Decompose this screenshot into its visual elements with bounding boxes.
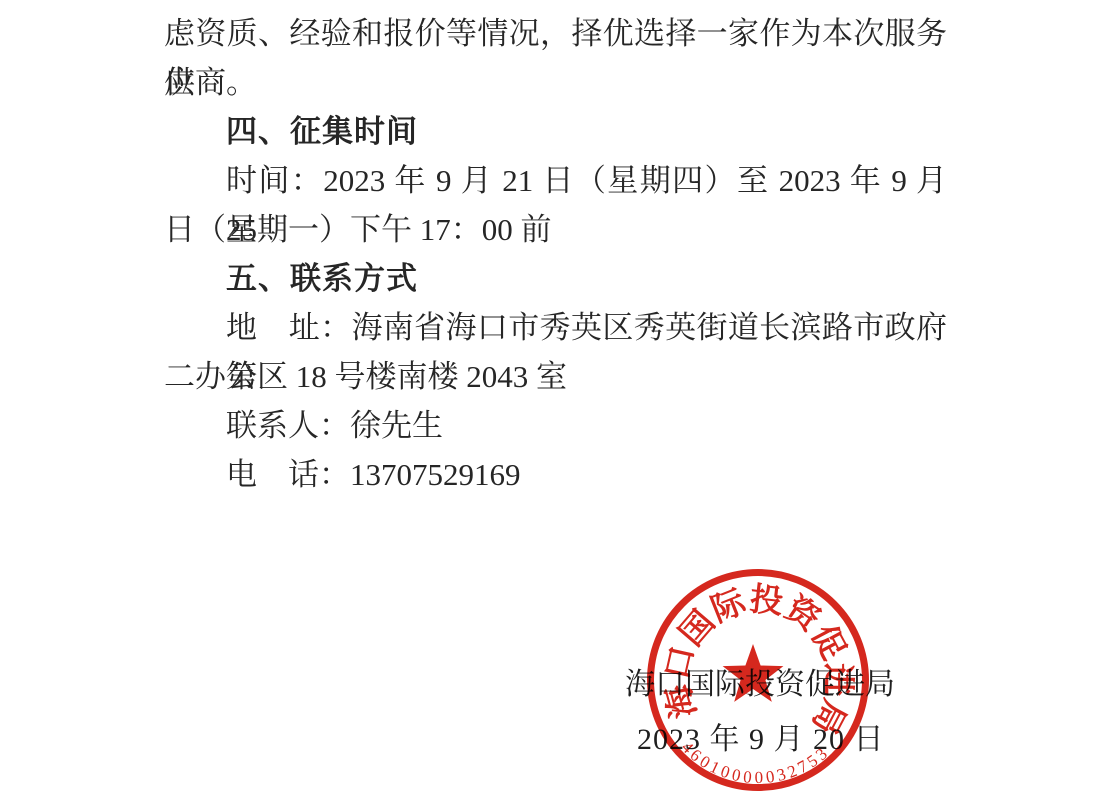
section-heading: 五、联系方式 [164, 254, 947, 303]
text-line: 日（星期一）下午 17：00 前 [164, 205, 947, 254]
text-line: 二办公区 18 号楼南楼 2043 室 [164, 352, 947, 401]
text-line: 应商。 [164, 58, 947, 107]
text-line: 时间：2023 年 9 月 21 日（星期四）至 2023 年 9 月 25 [164, 156, 947, 205]
signature-org: 海口国际投资促进局 [625, 670, 895, 700]
document-text: 虑资质、经验和报价等情况，择优选择一家作为本次服务供 应商。 四、征集时间 时间… [164, 9, 947, 499]
section-heading: 四、征集时间 [164, 107, 947, 156]
signature-date: 2023 年 9 月 20 日 [637, 725, 885, 755]
text-line: 联系人：徐先生 [164, 401, 947, 450]
text-line: 虑资质、经验和报价等情况，择优选择一家作为本次服务供 [164, 9, 947, 58]
stamp-arc-text: 海口国际投资促进局 [659, 581, 856, 740]
stamp-arc-textpath: 海口国际投资促进局 [659, 581, 856, 740]
page: { "colors": { "stamp_red": "#d5281e", "t… [0, 0, 1102, 800]
text-line: 电 话：13707529169 [164, 450, 947, 499]
text-line: 地 址：海南省海口市秀英区秀英街道长滨路市政府第 [164, 303, 947, 352]
